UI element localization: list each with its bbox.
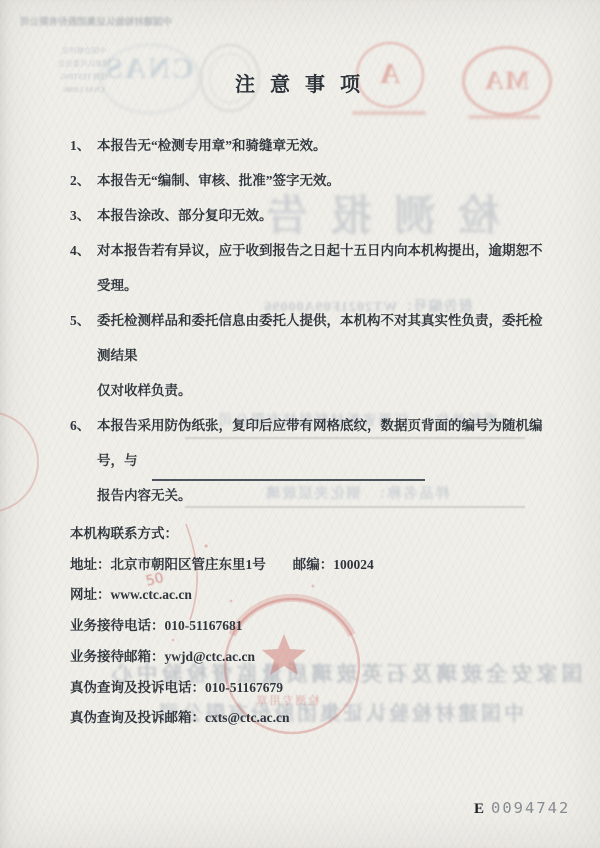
notice-text-continued: 仅对收样负责。 (97, 373, 550, 408)
notice-text-continued: 报告内容无关。 (97, 478, 550, 513)
notice-text: 本报告无“编制、审核、批准”签字无效。 (97, 163, 550, 198)
notice-number: 3、 (70, 198, 90, 233)
notice-item-5: 5、 委托检测样品和委托信息由委托人提供，本机构不对其真实性负责，委托检测结果 … (70, 303, 550, 408)
contact-verify-email: 真伪查询及投诉邮箱：cxts@ctc.ac.cn (70, 703, 374, 734)
notice-text: 本报告采用防伪纸张，复印后应带有网格底纹，数据页背面的编号为随机编号，与 (97, 408, 550, 478)
notice-item-1: 1、 本报告无“检测专用章”和骑缝章无效。 (70, 128, 550, 163)
contact-address: 地址：北京市朝阳区管庄东里1号 邮编：100024 (70, 550, 374, 581)
notice-number: 6、 (70, 408, 90, 443)
notice-number: 5、 (70, 303, 90, 338)
ghost-company-name-top: 中国建材检验认证集团股份有限公司 (20, 14, 172, 28)
edge-stamp-arc (0, 412, 38, 512)
contact-service-phone: 业务接待电话：010-51167681 (70, 611, 374, 642)
contact-service-email: 业务接待邮箱：ywjd@ctc.ac.cn (70, 642, 374, 673)
contact-heading: 本机构联系方式： (70, 519, 374, 550)
notice-list: 1、 本报告无“检测专用章”和骑缝章无效。 2、 本报告无“编制、审核、批准”签… (70, 128, 550, 513)
contact-verify-phone: 真伪查询及投诉电话：010-51167679 (70, 673, 374, 704)
signature-divider-line (152, 479, 425, 481)
contact-block: 本机构联系方式： 地址：北京市朝阳区管庄东里1号 邮编：100024 网址：ww… (70, 519, 374, 734)
serial-number: E0094742 (474, 799, 570, 818)
cma-caption-bar (468, 115, 540, 119)
serial-digits: 0094742 (491, 799, 570, 817)
notice-text: 本报告涂改、部分复印无效。 (97, 198, 550, 233)
notice-text: 对本报告若有异议，应于收到报告之日起十五日内向本机构提出，逾期恕不受理。 (97, 233, 550, 303)
notice-item-4: 4、 对本报告若有异议，应于收到报告之日起十五日内向本机构提出，逾期恕不受理。 (70, 233, 550, 303)
notice-item-6: 6、 本报告采用防伪纸张，复印后应带有网格底纹，数据页背面的编号为随机编号，与 … (70, 408, 550, 513)
contact-website: 网址：www.ctc.ac.cn (70, 580, 374, 611)
serial-prefix: E (474, 801, 484, 817)
cnas-line: 中国合格评定 (48, 44, 120, 57)
notice-number: 1、 (70, 128, 90, 163)
notice-text: 委托检测样品和委托信息由委托人提供，本机构不对其真实性负责，委托检测结果 (97, 303, 550, 373)
page-title: 注 意 事 项 (0, 68, 600, 97)
notice-text: 本报告无“检测专用章”和骑缝章无效。 (97, 128, 550, 163)
cal-caption-bar (352, 111, 426, 115)
notice-number: 4、 (70, 233, 90, 268)
notice-item-2: 2、 本报告无“编制、审核、批准”签字无效。 (70, 163, 550, 198)
notice-number: 2、 (70, 163, 90, 198)
report-back-page: 中国建材检验认证集团股份有限公司 CNAS 中国合格评定 国家认可委员会 检测 … (0, 0, 600, 848)
notice-item-3: 3、 本报告涂改、部分复印无效。 (70, 198, 550, 233)
